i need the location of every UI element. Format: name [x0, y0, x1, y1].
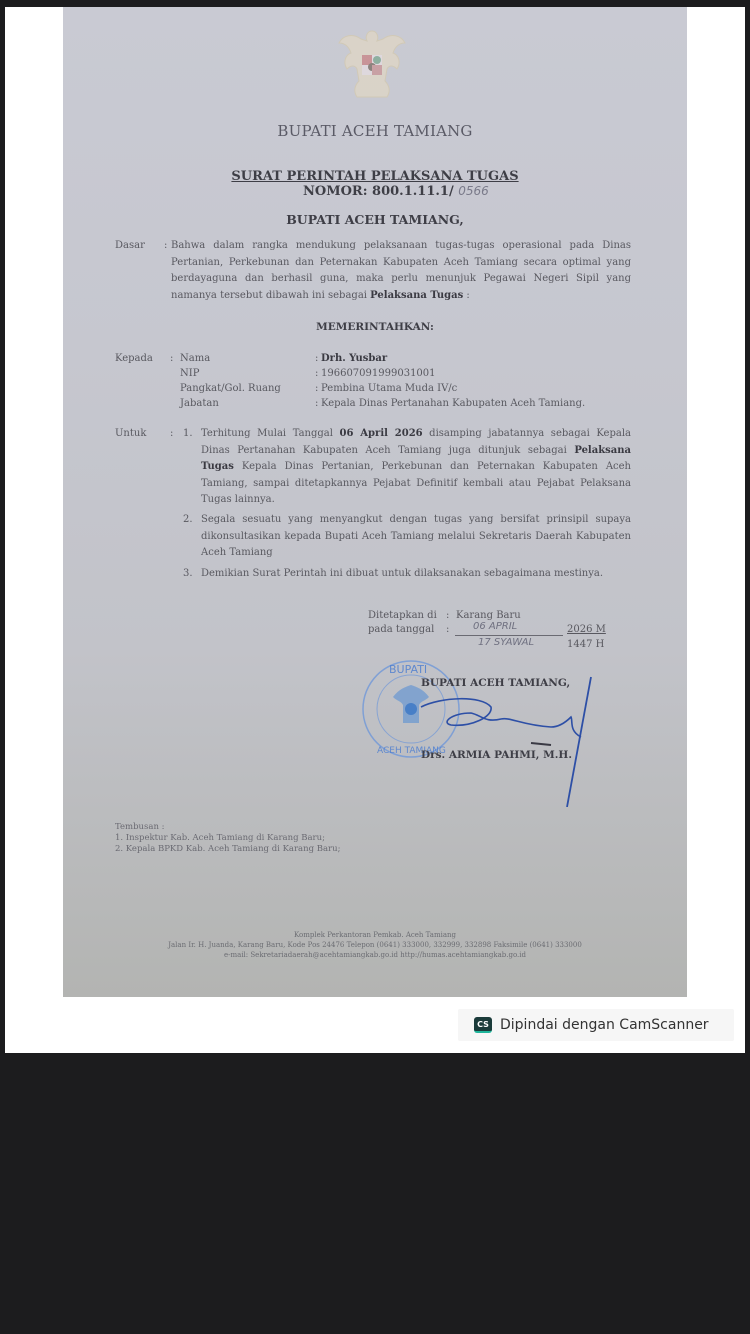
kepada-field-key: Jabatan: [180, 398, 219, 409]
tembusan: Tembusan : 1. Inspektur Kab. Aceh Tamian…: [115, 822, 340, 855]
untuk-item-3: Demikian Surat Perintah ini dibuat untuk…: [201, 566, 641, 583]
footer-line-2: Jalan Ir. H. Juanda, Karang Baru, Kode P…: [63, 940, 687, 950]
dasar-bold: Pelaksana Tugas: [370, 290, 463, 301]
colon: :: [315, 368, 318, 379]
memerintahkan-heading: MEMERINTAHKAN:: [63, 321, 687, 333]
colon: :: [315, 353, 318, 364]
item-2-number: 2.: [183, 514, 193, 525]
item-3-number: 3.: [183, 568, 193, 579]
document-number: NOMOR: 800.1.11.1/ 0566: [303, 184, 603, 199]
year-masehi: 2026 M: [567, 624, 606, 635]
document-paper: BUPATI ACEH TAMIANG SURAT PERINTAH PELAK…: [63, 7, 687, 997]
number-handwritten: 0566: [458, 184, 489, 198]
footer-line-3: e-mail: Sekretariadaerah@acehtamiangkab.…: [63, 950, 687, 960]
year-hijri: 1447 H: [567, 639, 604, 650]
scanned-page: BUPATI ACEH TAMIANG SURAT PERINTAH PELAK…: [5, 7, 745, 1053]
untuk-item-1: Terhitung Mulai Tanggal 06 April 2026 di…: [201, 426, 631, 509]
opener: BUPATI ACEH TAMIANG,: [63, 212, 687, 227]
camscanner-label: Dipindai dengan CamScanner: [500, 1017, 709, 1033]
dasar-text-2: :: [463, 290, 470, 301]
colon: :: [446, 624, 449, 635]
tembusan-item-2: 2. Kepala BPKD Kab. Aceh Tamiang di Kara…: [115, 844, 340, 855]
tembusan-item-1: 1. Inspektur Kab. Aceh Tamiang di Karang…: [115, 833, 340, 844]
item-1-text-a: Terhitung Mulai Tanggal: [201, 428, 340, 439]
kepada-field-value: Drh. Yusbar: [321, 353, 387, 364]
kepada-field-value: Pembina Utama Muda IV/c: [321, 383, 457, 394]
dasar-label: Dasar: [115, 240, 145, 251]
untuk-label: Untuk: [115, 428, 146, 439]
colon: :: [164, 240, 167, 251]
number-prefix: NOMOR: 800.1.11.1/: [303, 184, 454, 199]
issued-place-label: Ditetapkan di: [368, 610, 437, 621]
garuda-emblem-icon: [331, 25, 413, 107]
item-1-number: 1.: [183, 428, 193, 439]
kepada-field-value: Kepala Dinas Pertanahan Kabupaten Aceh T…: [321, 398, 585, 409]
colon: :: [170, 353, 173, 364]
untuk-item-2: Segala sesuatu yang menyangkut dengan tu…: [201, 512, 631, 562]
issued-date-label: pada tanggal: [368, 624, 434, 635]
kepada-field-key: Nama: [180, 353, 210, 364]
document-title: SURAT PERINTAH PELAKSANA TUGAS: [63, 169, 687, 184]
item-1-text-c: Kepala Dinas Pertanian, Perkebunan dan P…: [201, 461, 631, 505]
dasar-text: Bahwa dalam rangka mendukung pelaksanaan…: [171, 238, 631, 304]
handwritten-signature-icon: [401, 667, 601, 807]
tembusan-label: Tembusan :: [115, 822, 340, 833]
kepada-label: Kepada: [115, 353, 153, 364]
kepada-field-value: 196607091999031001: [321, 368, 436, 379]
colon: :: [170, 428, 173, 439]
colon: :: [446, 610, 449, 621]
colon: :: [315, 383, 318, 394]
date-underline: [455, 635, 563, 636]
kepada-field-key: NIP: [180, 368, 199, 379]
footer-line-1: Komplek Perkantoran Pemkab. Aceh Tamiang: [63, 930, 687, 940]
colon: :: [315, 398, 318, 409]
issued-place: Karang Baru: [456, 610, 521, 621]
signatory-name: Drs. ARMIA PAHMI, M.H.: [421, 749, 572, 761]
kepada-field-key: Pangkat/Gol. Ruang: [180, 383, 281, 394]
item-1-date: 06 April 2026: [340, 428, 423, 439]
camscanner-icon: CS: [474, 1017, 492, 1033]
date-masehi-handwritten: 06 APRIL: [473, 621, 517, 632]
letterhead: BUPATI ACEH TAMIANG: [63, 122, 687, 140]
date-hijri-handwritten: 17 SYAWAL: [478, 637, 534, 648]
camscanner-watermark: CS Dipindai dengan CamScanner: [458, 1009, 734, 1041]
